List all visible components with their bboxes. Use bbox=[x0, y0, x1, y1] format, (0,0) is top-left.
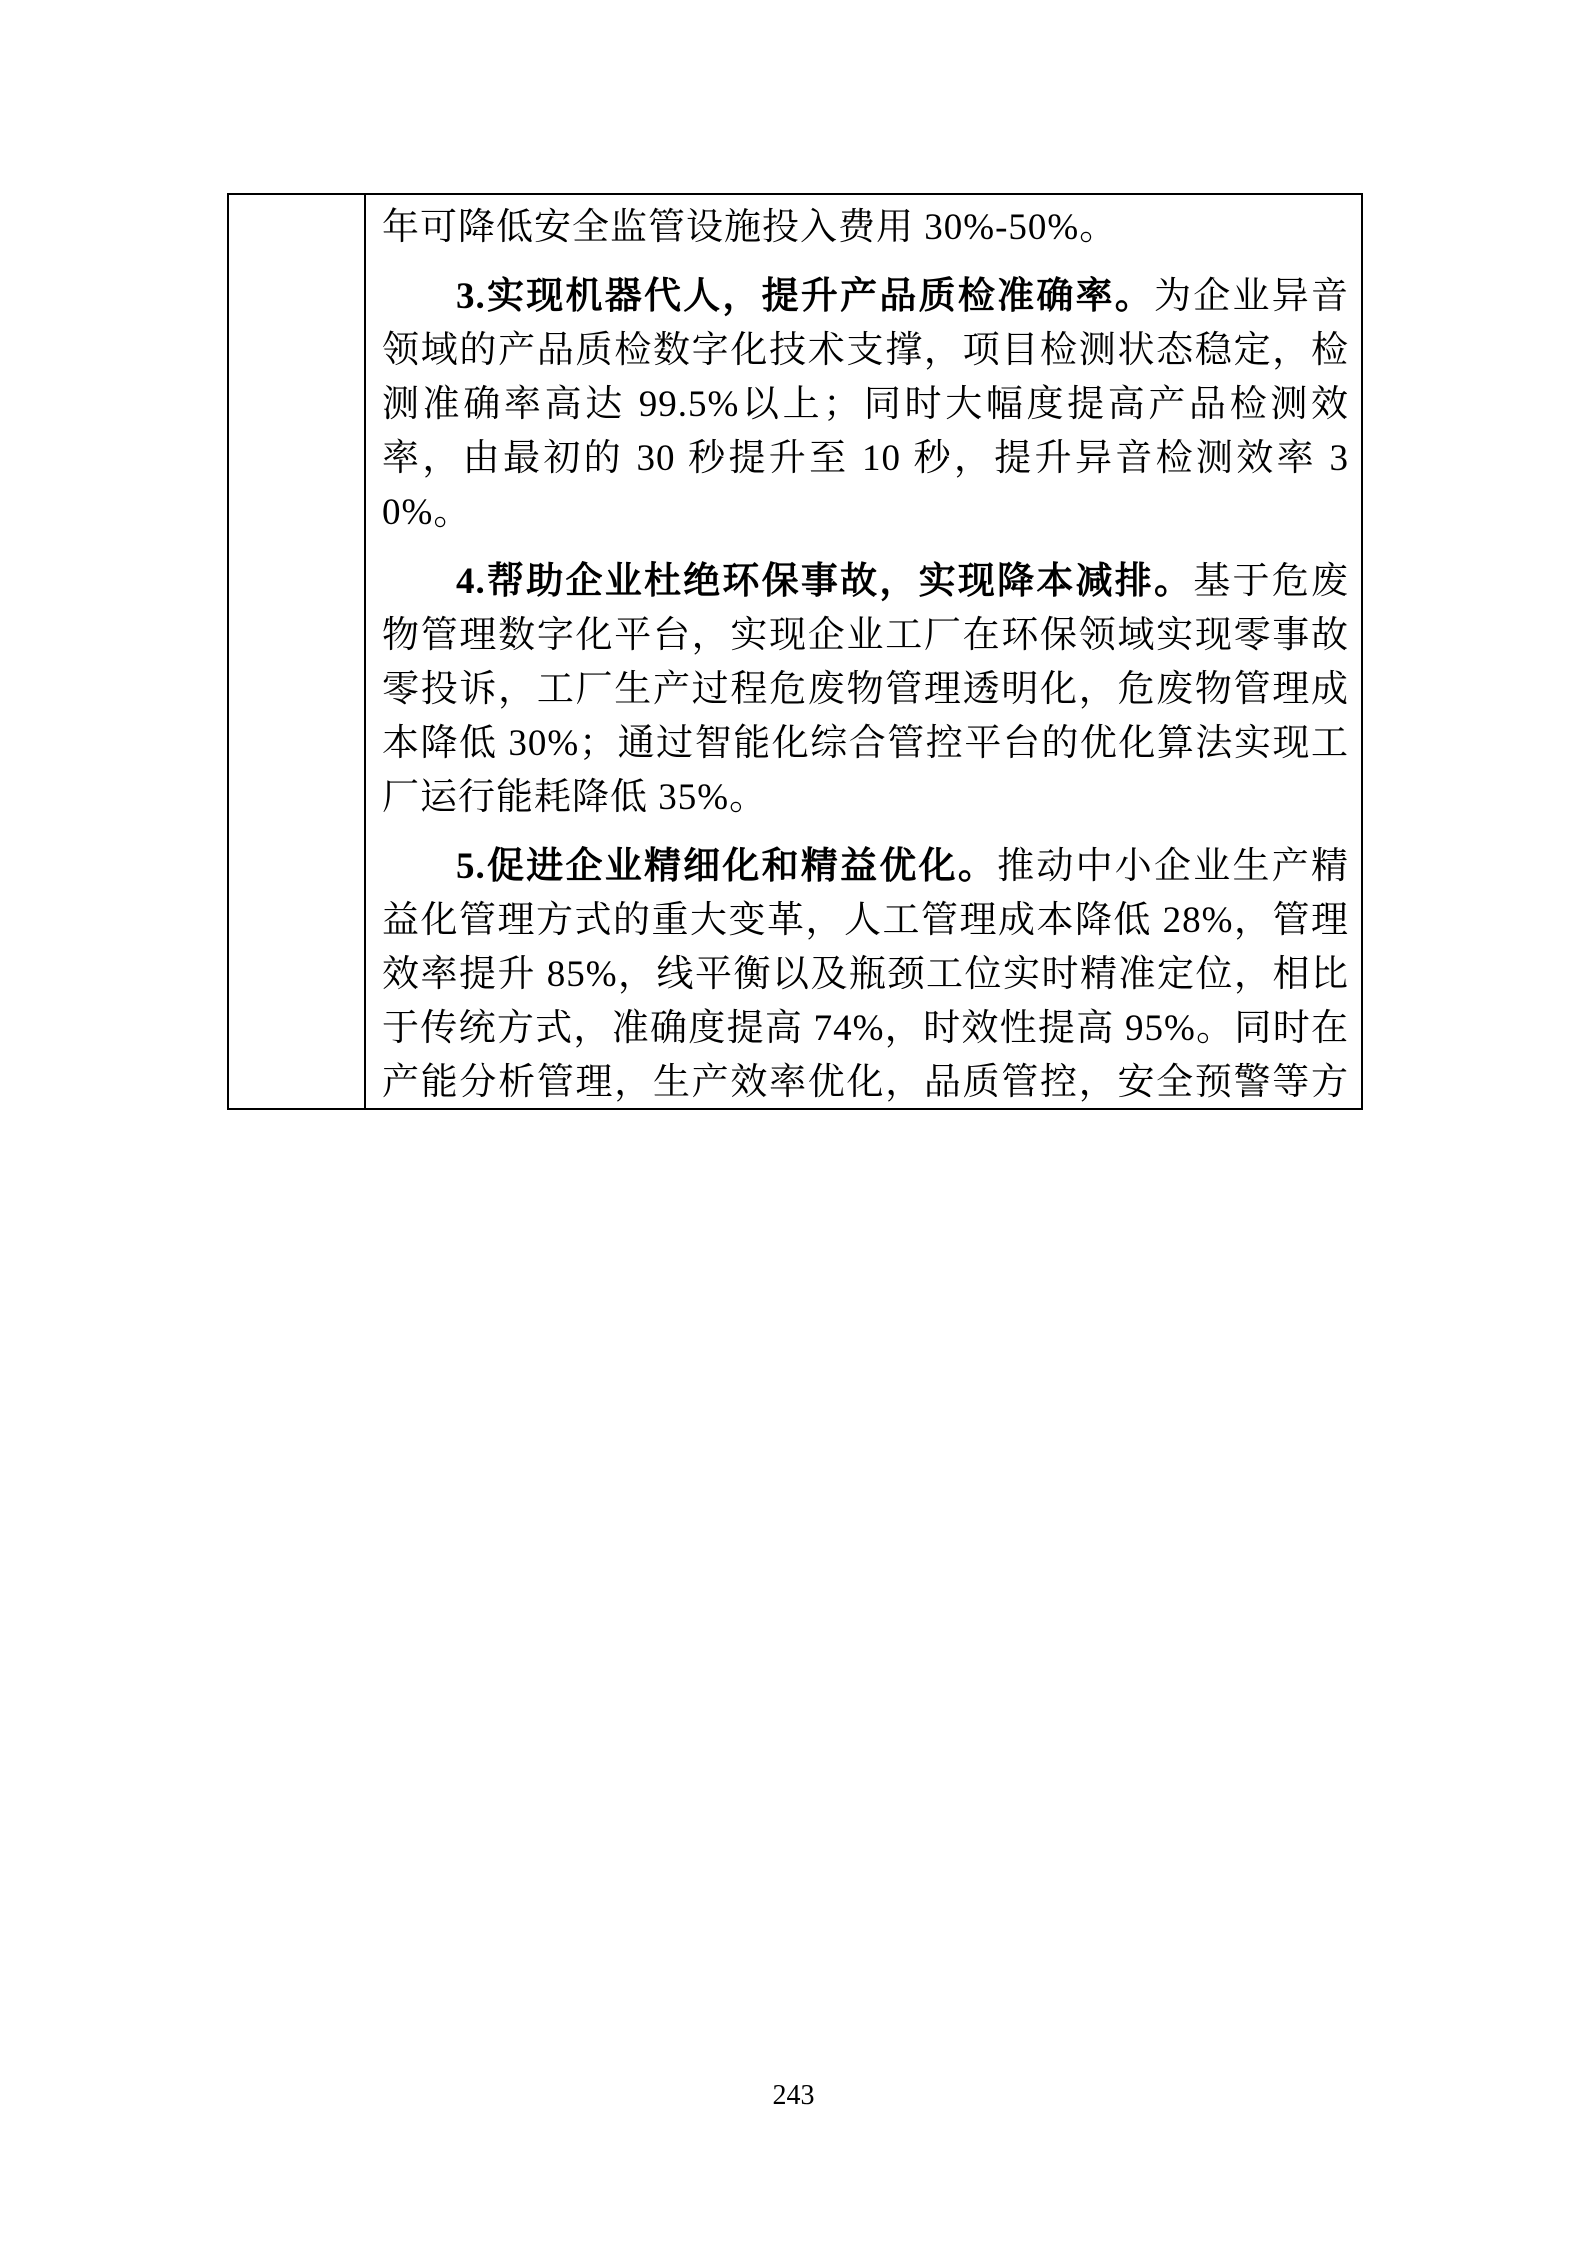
paragraph-item-3: 3.实现机器代人，提升产品质检准确率。为企业异音领域的产品质检数字化技术支撑，项… bbox=[382, 270, 1349, 540]
table-cell-empty bbox=[229, 195, 366, 1108]
page-number: 243 bbox=[0, 2080, 1587, 2112]
paragraph-item-4: 4.帮助企业杜绝环保事故，实现降本减排。基于危废物管理数字化平台，实现企业工厂在… bbox=[382, 555, 1349, 825]
paragraph-continuation: 年可降低安全监管设施投入费用 30%-50%。 bbox=[382, 201, 1349, 255]
document-page: 年可降低安全监管设施投入费用 30%-50%。 3.实现机器代人，提升产品质检准… bbox=[0, 0, 1587, 2245]
paragraph-heading: 4.帮助企业杜绝环保事故，实现降本减排。 bbox=[456, 561, 1193, 602]
benefits-table: 年可降低安全监管设施投入费用 30%-50%。 3.实现机器代人，提升产品质检准… bbox=[227, 193, 1363, 1110]
paragraph-text: 年可降低安全监管设施投入费用 30%-50%。 bbox=[382, 207, 1117, 248]
paragraph-item-5: 5.促进企业精细化和精益优化。推动中小企业生产精益化管理方式的重大变革，人工管理… bbox=[382, 840, 1349, 1108]
table-cell-content: 年可降低安全监管设施投入费用 30%-50%。 3.实现机器代人，提升产品质检准… bbox=[366, 195, 1361, 1108]
paragraph-heading: 3.实现机器代人，提升产品质检准确率。 bbox=[456, 276, 1154, 317]
paragraph-heading: 5.促进企业精细化和精益优化。 bbox=[456, 846, 997, 887]
